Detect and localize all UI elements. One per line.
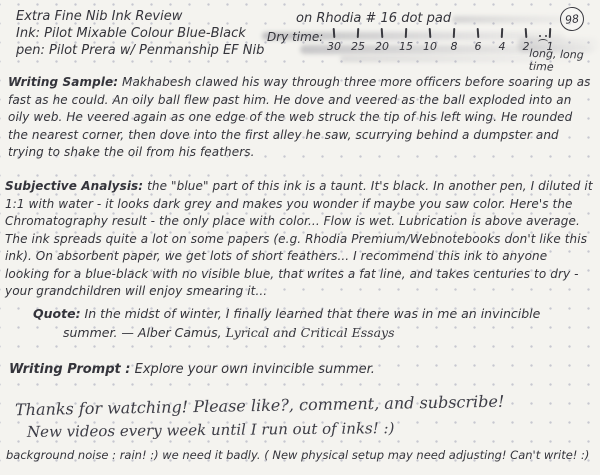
subjective-analysis-label: Subjective Analysis:: [5, 179, 143, 193]
tick-mark: [405, 28, 408, 38]
outro-line-1: Thanks for watching! Please like?, comme…: [15, 392, 505, 420]
tick-value: 4: [499, 40, 506, 53]
dry-time-step: 6: [466, 28, 490, 53]
dry-time-step: 15: [394, 28, 418, 53]
pen-line: pen: Pilot Prera w/ Penmanship EF Nib: [16, 42, 264, 59]
tick-mark: [477, 28, 480, 38]
dry-time-scale: 30 25 20 15 10 8 6 4 2 1: [322, 28, 562, 53]
paper-spec: on Rhodia # 16 dot pad: [296, 10, 451, 27]
tick-mark: [429, 28, 432, 38]
dry-time-step: 8: [442, 28, 466, 53]
quote-book-title: Lyrical and Critical Essays: [226, 325, 395, 340]
dry-time-step: 4: [490, 28, 514, 53]
writing-sample-paragraph: Writing Sample: Makhabesh clawed his way…: [8, 74, 592, 162]
dry-time-note: long, long time: [529, 47, 600, 75]
tick-mark: [525, 28, 528, 38]
writing-prompt-line: Writing Prompt : Explore your own invinc…: [9, 362, 375, 377]
tick-mark: [357, 28, 360, 38]
review-title: Extra Fine Nib Ink Review: [16, 8, 264, 25]
dry-time-step: 30: [322, 28, 346, 53]
quote-label: Quote:: [33, 306, 81, 321]
tick-value: 30: [327, 40, 341, 53]
dry-time-step: 10: [418, 28, 442, 53]
footer-note: background noise : rain! :) we need it b…: [6, 448, 598, 462]
dry-time-label: Dry time:: [267, 30, 323, 44]
header-block: Extra Fine Nib Ink Review Ink: Pilot Mix…: [16, 8, 264, 59]
ink-line: Ink: Pilot Mixable Colour Blue-Black: [16, 25, 264, 42]
tick-mark: [333, 28, 336, 38]
sad-face-icon: [537, 35, 549, 45]
writing-prompt-text: Explore your own invincible summer.: [130, 362, 374, 377]
subjective-analysis-text: the "blue" part of this ink is a taunt. …: [5, 179, 593, 298]
tick-mark: [549, 28, 552, 38]
dry-time-step: 20: [370, 28, 394, 53]
tick-value: 6: [475, 40, 482, 53]
tick-mark: [501, 28, 504, 38]
handwritten-ink-review-page: Extra Fine Nib Ink Review Ink: Pilot Mix…: [0, 0, 600, 475]
tick-value: 25: [351, 40, 365, 53]
tick-value: 20: [375, 40, 389, 53]
subjective-analysis-paragraph: Subjective Analysis: the "blue" part of …: [5, 178, 595, 301]
tick-mark: [381, 28, 384, 38]
tick-value: 10: [423, 40, 437, 53]
dry-time-step: 25: [346, 28, 370, 53]
tick-value: 8: [451, 40, 458, 53]
quote-block: Quote: In the midst of winter, I finally…: [33, 304, 598, 342]
rating-badge: 98: [559, 6, 585, 32]
tick-mark: [453, 28, 456, 38]
tick-value: 15: [399, 40, 413, 53]
writing-prompt-label: Writing Prompt :: [9, 362, 130, 377]
outro-line-2: New videos every week until I run out of…: [27, 419, 395, 441]
writing-sample-label: Writing Sample:: [8, 75, 118, 89]
